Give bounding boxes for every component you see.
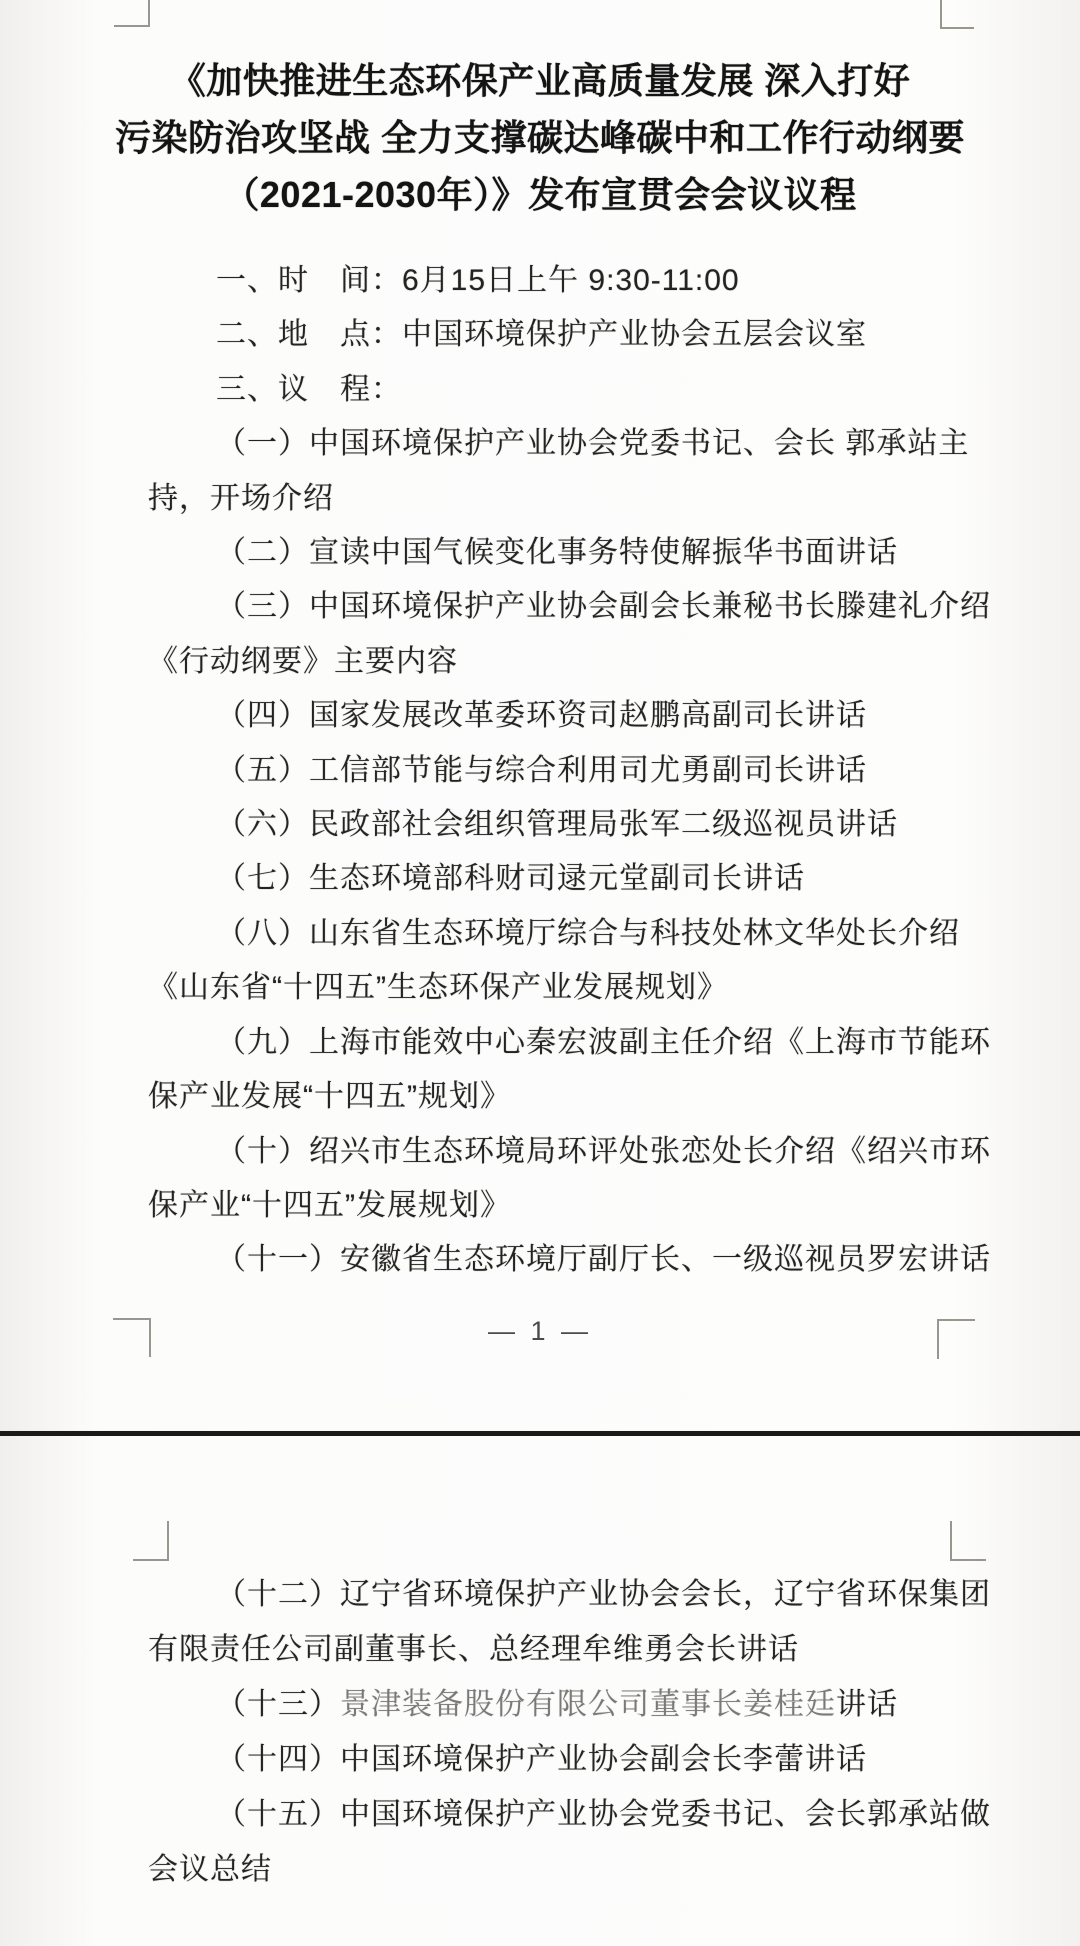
agenda-line: （十一）安徽省生态环境厅副厅长、一级巡视员罗宏讲话 (148, 1233, 962, 1287)
agenda-line: （四）国家发展改革委环资司赵鹏高副司长讲话 (148, 689, 962, 743)
agenda-line: （二）宣读中国气候变化事务特使解振华书面讲话 (148, 526, 962, 580)
agenda-line: （六）民政部社会组织管理局张军二级巡视员讲话 (148, 798, 962, 852)
agenda-line: 有限责任公司副董事长、总经理牟维勇会长讲话 (148, 1622, 962, 1677)
agenda-line: （八）山东省生态环境厅综合与科技处林文华处长介绍 (148, 907, 962, 961)
title-line-3: （2021-2030年）》发布宣贯会会议议程 (40, 166, 1040, 223)
page-number: — 1 — (0, 1316, 1080, 1360)
margin-corner-mark-bottom-right (937, 1319, 975, 1359)
agenda-line: 会议总结 (148, 1842, 962, 1897)
margin-corner-mark-bottom-left (113, 1318, 151, 1357)
agenda-line: （三）中国环境保护产业协会副会长兼秘书长滕建礼介绍 (148, 580, 962, 634)
title-line-1: 《加快推进生态环保产业高质量发展 深入打好 (40, 52, 1040, 109)
agenda-line: 《行动纲要》主要内容 (148, 635, 962, 689)
agenda-line: （五）工信部节能与综合利用司尤勇副司长讲话 (148, 744, 962, 798)
agenda-line: （十五）中国环境保护产业协会党委书记、会长郭承站做 (148, 1787, 962, 1842)
agenda-line: （一）中国环境保护产业协会党委书记、会长 郭承站主 (148, 417, 962, 471)
agenda-line: （十）绍兴市生态环境局环评处张恋处长介绍《绍兴市环 (148, 1125, 962, 1179)
margin-corner-mark-top-right (940, 0, 974, 29)
agenda-line: （十三）景津装备股份有限公司董事长姜桂廷讲话 (148, 1677, 962, 1732)
agenda-body-page-1: 一、时 间：6月15日上午 9:30-11:00二、地 点：中国环境保护产业协会… (0, 254, 1080, 1288)
agenda-line: 持，开场介绍 (148, 472, 962, 526)
scanned-document-photo: 《加快推进生态环保产业高质量发展 深入打好 污染防治攻坚战 全力支撑碳达峰碳中和… (0, 0, 1080, 1946)
document-page-1: 《加快推进生态环保产业高质量发展 深入打好 污染防治攻坚战 全力支撑碳达峰碳中和… (0, 0, 1080, 1431)
agenda-line: 一、时 间：6月15日上午 9:30-11:00 (148, 254, 962, 308)
margin-corner-mark-page2-right (950, 1521, 986, 1561)
agenda-body-page-2: （十二）辽宁省环境保护产业协会会长，辽宁省环保集团有限责任公司副董事长、总经理牟… (0, 1567, 1080, 1897)
agenda-line: （九）上海市能效中心秦宏波副主任介绍《上海市节能环 (148, 1016, 962, 1070)
agenda-line: 二、地 点：中国环境保护产业协会五层会议室 (148, 308, 962, 362)
margin-corner-mark-top-left (114, 0, 150, 27)
agenda-line: （十二）辽宁省环境保护产业协会会长，辽宁省环保集团 (148, 1567, 962, 1622)
document-title: 《加快推进生态环保产业高质量发展 深入打好 污染防治攻坚战 全力支撑碳达峰碳中和… (40, 52, 1040, 223)
title-line-2: 污染防治攻坚战 全力支撑碳达峰碳中和工作行动纲要 (40, 109, 1040, 166)
agenda-line: （十四）中国环境保护产业协会副会长李蕾讲话 (148, 1732, 962, 1787)
agenda-line: （七）生态环境部科财司逯元堂副司长讲话 (148, 852, 962, 906)
agenda-line-segment: 讲话 (836, 1688, 898, 1721)
agenda-line-segment: （十三） (216, 1688, 340, 1721)
agenda-line-segment: 景津装备股份有限公司董事长姜桂廷 (340, 1688, 836, 1721)
agenda-line: 保产业“十四五”发展规划》 (148, 1179, 962, 1233)
agenda-line: 三、议 程： (148, 363, 962, 417)
agenda-line: 保产业发展“十四五”规划》 (148, 1070, 962, 1124)
agenda-line: 《山东省“十四五”生态环保产业发展规划》 (148, 961, 962, 1015)
margin-corner-mark-page2-left (133, 1521, 169, 1561)
